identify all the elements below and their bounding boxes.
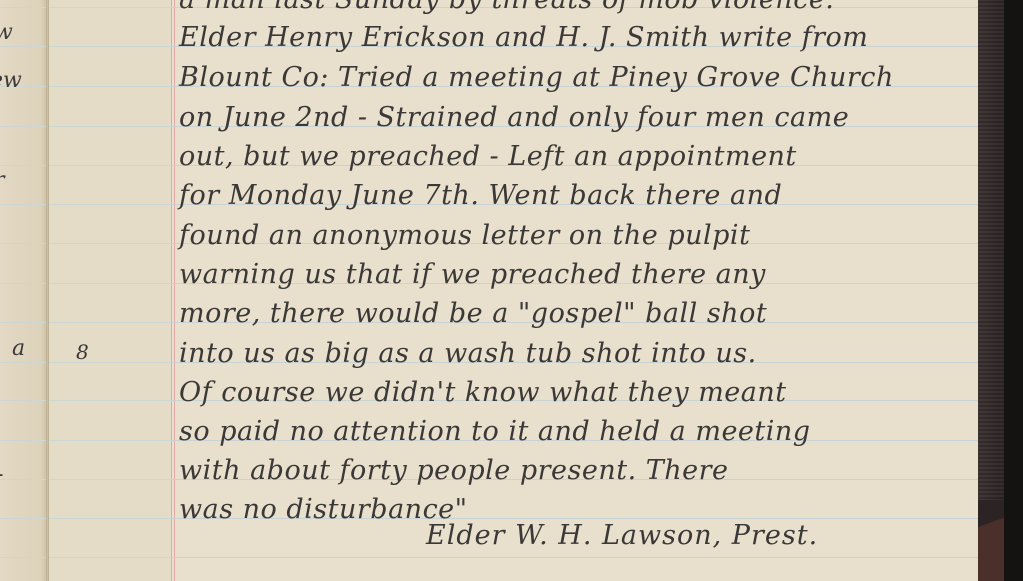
journal-page: a man last Sunday by threats of mob viol… (171, 0, 978, 581)
margin-mark: 8 (76, 340, 89, 364)
left-page-mark: ew (0, 68, 22, 93)
handwritten-line: Of course we didn't know what they meant (179, 377, 787, 408)
left-facing-page: w ew r a - (0, 0, 48, 581)
handwritten-line: warning us that if we preached there any (179, 259, 766, 290)
handwritten-line: with about forty people present. There (179, 455, 729, 486)
scanned-journal-spread: w ew r a - 8 (0, 0, 1023, 581)
margin-line (171, 0, 172, 581)
handwritten-line: on June 2nd - Strained and only four men… (179, 102, 849, 133)
margin-line (174, 0, 175, 581)
handwritten-line: for Monday June 7th. Went back there and (179, 180, 782, 211)
handwritten-line: Elder Henry Erickson and H. J. Smith wri… (179, 22, 868, 53)
left-page-mark: - (0, 462, 3, 487)
handwritten-line: more, there would be a "gospel" ball sho… (179, 298, 767, 329)
handwritten-line: a man last Sunday by threats of mob viol… (179, 0, 834, 15)
handwritten-line: found an anonymous letter on the pulpit (179, 220, 750, 251)
book-cover-edge (1004, 0, 1023, 581)
handwritten-line: into us as big as a wash tub shot into u… (179, 338, 757, 369)
handwritten-line: was no disturbance" (179, 494, 468, 525)
handwritten-line: Blount Co: Tried a meeting at Piney Grov… (179, 62, 894, 93)
handwritten-line: so paid no attention to it and held a me… (179, 416, 811, 447)
book-cover-corner (978, 500, 1004, 581)
left-page-mark: r (0, 168, 5, 193)
margin-strip: 8 (49, 0, 171, 581)
left-page-mark: w (0, 20, 13, 45)
signature: Elder W. H. Lawson, Prest. (426, 520, 818, 551)
handwritten-line: out, but we preached - Left an appointme… (179, 141, 797, 172)
left-page-mark: a (12, 336, 25, 361)
book-cover-cloth (978, 0, 1004, 581)
